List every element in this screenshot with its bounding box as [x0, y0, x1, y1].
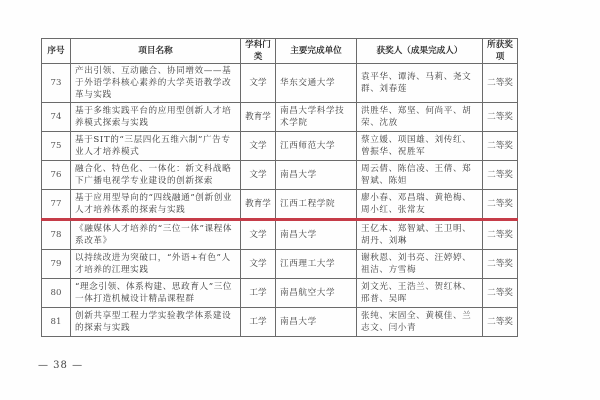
cell-award: 二等奖: [483, 64, 518, 103]
table-row: 74 基于多维实践平台的应用型创新人才培养模式探索与实践 教育学 南昌大学科学技…: [42, 103, 518, 132]
cell-category: 文学: [241, 132, 276, 161]
cell-award: 二等奖: [483, 220, 518, 250]
cell-title: 《融媒体人才培养的“三位一体”课程体系改革》: [71, 220, 241, 250]
header-title: 项目名称: [71, 39, 241, 64]
document-page: 序号 项目名称 学科门类 主要完成单位 获奖人（成果完成人） 所获奖项 73 产…: [0, 0, 600, 400]
cell-category: 文学: [241, 220, 276, 250]
cell-no: 73: [42, 64, 71, 103]
cell-award: 二等奖: [483, 308, 518, 337]
cell-no: 78: [42, 220, 71, 250]
table-row: 79 以持续改进为突破口，“外语+有色”人才培养的江理实践 文学 江西理工大学 …: [42, 250, 518, 279]
cell-no: 77: [42, 190, 71, 220]
header-award: 所获奖项: [483, 39, 518, 64]
table-row: 77 基于应用型导向的“四线融通”创新创业人才培养体系的探索与实践 教育学 江西…: [42, 190, 518, 220]
cell-no: 74: [42, 103, 71, 132]
cell-title: 基于应用型导向的“四线融通”创新创业人才培养体系的探索与实践: [71, 190, 241, 220]
cell-title: 融合化、特色化、一体化：新文科战略下广播电视学专业建设的创新探索: [71, 161, 241, 190]
cell-people: 廖小春、邓昌瑞、黄艳梅、周小红、张常友: [357, 190, 483, 220]
cell-award: 二等奖: [483, 161, 518, 190]
awards-table: 序号 项目名称 学科门类 主要完成单位 获奖人（成果完成人） 所获奖项 73 产…: [41, 38, 518, 337]
cell-award: 二等奖: [483, 190, 518, 220]
cell-category: 教育学: [241, 103, 276, 132]
cell-people: 谢秋恩、刘书亮、汪婷婷、祖洁、方雪梅: [357, 250, 483, 279]
cell-people: 刘文光、王浩兰、贺红林、邢普、吴晖: [357, 279, 483, 308]
cell-people: 周云倩、陈信凌、王倩、郑智斌、陈妲: [357, 161, 483, 190]
table-row: 78 《融媒体人才培养的“三位一体”课程体系改革》 文学 南昌大学 王亿本、郑智…: [42, 220, 518, 250]
cell-unit: 南昌航空大学: [276, 279, 357, 308]
cell-unit: 南昌大学: [276, 308, 357, 337]
cell-title: “理念引领、体系构建、思政育人”三位一体打造机械设计精品课程群: [71, 279, 241, 308]
cell-category: 文学: [241, 161, 276, 190]
cell-unit: 华东交通大学: [276, 64, 357, 103]
header-category: 学科门类: [241, 39, 276, 64]
table-row: 81 创新共享型工程力学实验教学体系建设的探索与实践 工学 南昌大学 张纯、宋固…: [42, 308, 518, 337]
cell-category: 文学: [241, 250, 276, 279]
table-row: 73 产出引领、互动融合、协同增效——基于外语学科核心素养的大学英语教学改革与实…: [42, 64, 518, 103]
cell-unit: 江西理工大学: [276, 250, 357, 279]
cell-unit: 南昌大学: [276, 161, 357, 190]
header-unit: 主要完成单位: [276, 39, 357, 64]
cell-award: 二等奖: [483, 279, 518, 308]
cell-unit: 江西师范大学: [276, 132, 357, 161]
cell-unit: 南昌大学科学技术学院: [276, 103, 357, 132]
cell-no: 81: [42, 308, 71, 337]
table-row: 80 “理念引领、体系构建、思政育人”三位一体打造机械设计精品课程群 工学 南昌…: [42, 279, 518, 308]
table-header-row: 序号 项目名称 学科门类 主要完成单位 获奖人（成果完成人） 所获奖项: [42, 39, 518, 64]
cell-people: 蔡立媛、项国雄、刘传红、曾振华、祝胜军: [357, 132, 483, 161]
cell-award: 二等奖: [483, 103, 518, 132]
cell-title: 以持续改进为突破口，“外语+有色”人才培养的江理实践: [71, 250, 241, 279]
cell-category: 工学: [241, 279, 276, 308]
cell-no: 75: [42, 132, 71, 161]
cell-award: 二等奖: [483, 132, 518, 161]
cell-unit: 江西工程学院: [276, 190, 357, 220]
cell-category: 教育学: [241, 190, 276, 220]
header-people: 获奖人（成果完成人）: [357, 39, 483, 64]
cell-people: 洪胜华、郑坚、何尚平、胡荣、沈放: [357, 103, 483, 132]
cell-title: 创新共享型工程力学实验教学体系建设的探索与实践: [71, 308, 241, 337]
cell-unit: 南昌大学: [276, 220, 357, 250]
cell-no: 79: [42, 250, 71, 279]
header-no: 序号: [42, 39, 71, 64]
cell-title: 基于SIT的“三层四化五维六制”广告专业人才培养模式: [71, 132, 241, 161]
table-row: 76 融合化、特色化、一体化：新文科战略下广播电视学专业建设的创新探索 文学 南…: [42, 161, 518, 190]
cell-no: 76: [42, 161, 71, 190]
page-number: — 38 —: [38, 360, 83, 371]
cell-category: 工学: [241, 308, 276, 337]
cell-category: 文学: [241, 64, 276, 103]
cell-no: 80: [42, 279, 71, 308]
cell-people: 王亿本、郑智斌、王卫明、胡丹、刘琳: [357, 220, 483, 250]
cell-award: 二等奖: [483, 250, 518, 279]
cell-people: 袁平华、谭涛、马莉、尧文群、刘春莲: [357, 64, 483, 103]
cell-title: 基于多维实践平台的应用型创新人才培养模式探索与实践: [71, 103, 241, 132]
table-row: 75 基于SIT的“三层四化五维六制”广告专业人才培养模式 文学 江西师范大学 …: [42, 132, 518, 161]
cell-people: 张纯、宋固全、黄模佳、兰志文、闫小青: [357, 308, 483, 337]
cell-title: 产出引领、互动融合、协同增效——基于外语学科核心素养的大学英语教学改革与实践: [71, 64, 241, 103]
